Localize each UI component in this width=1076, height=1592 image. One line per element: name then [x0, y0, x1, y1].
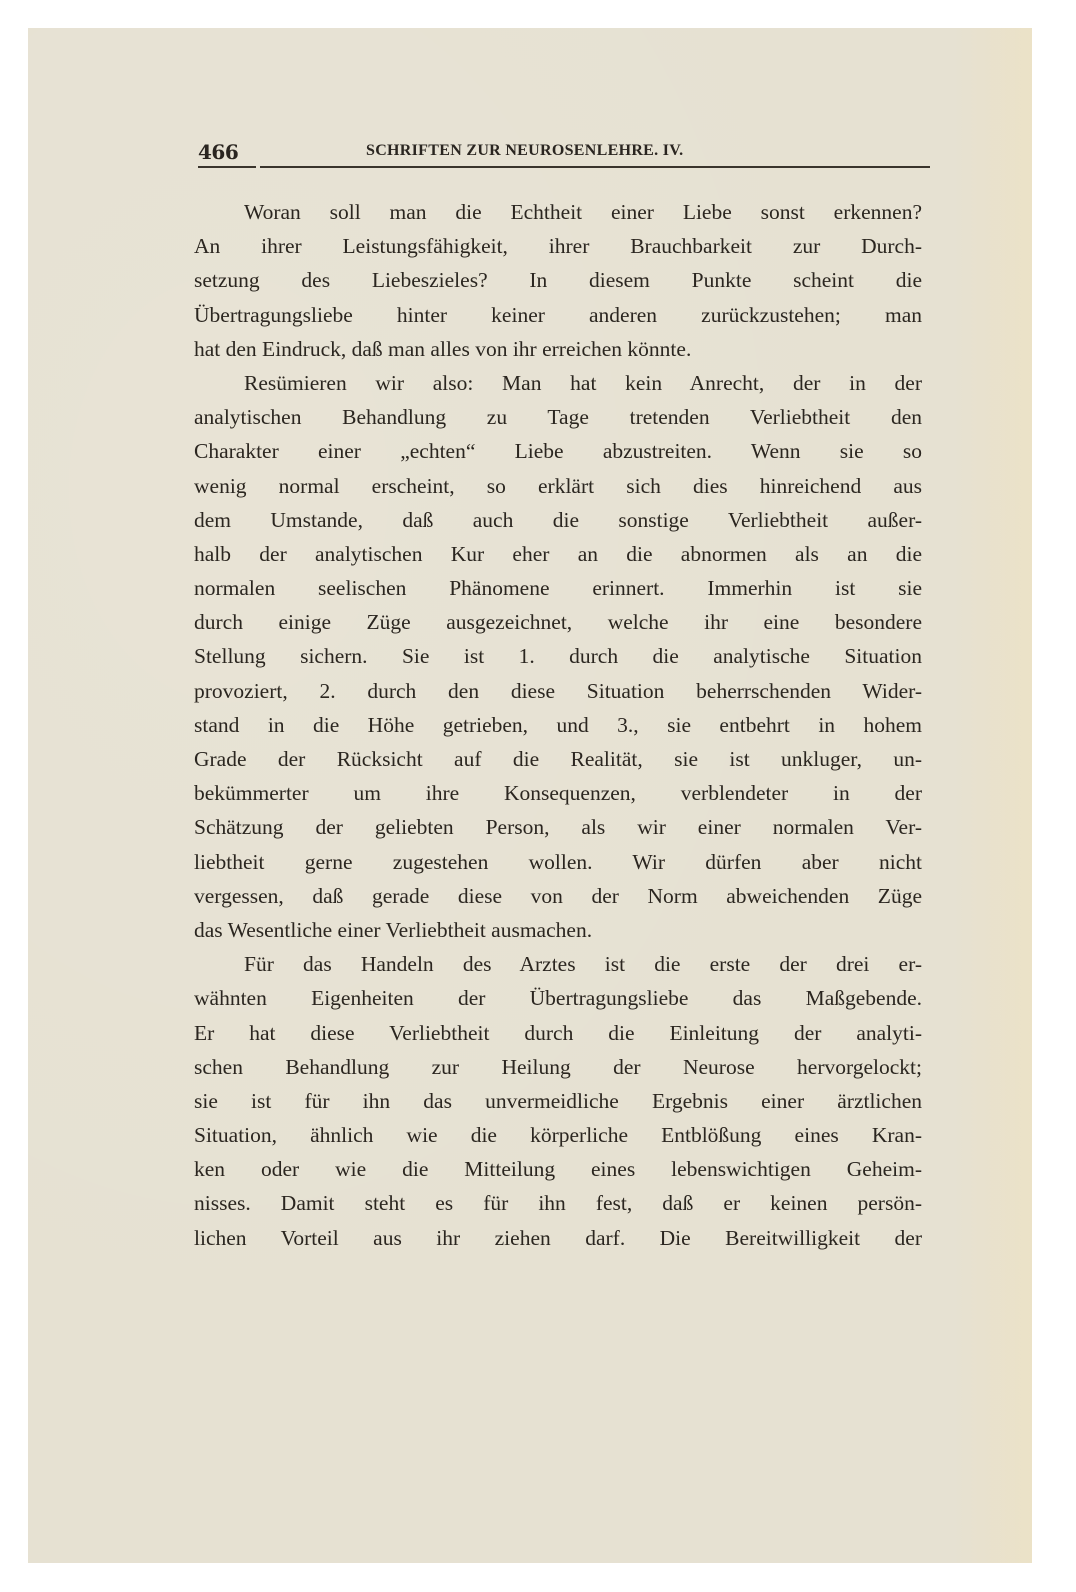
text-line: durch einige Züge ausgezeichnet, welche …: [194, 605, 922, 639]
header-rule-long: [260, 166, 930, 168]
text-line: Stellung sichern. Sie ist 1. durch die a…: [194, 639, 922, 673]
text-line: Grade der Rücksicht auf die Realität, si…: [194, 742, 922, 776]
text-line: Schätzung der geliebten Person, als wir …: [194, 810, 922, 844]
text-line: hat den Eindruck, daß man alles von ihr …: [194, 332, 922, 366]
text-line: schen Behandlung zur Heilung der Neurose…: [194, 1050, 922, 1084]
text-line: Für das Handeln des Arztes ist die erste…: [194, 947, 922, 981]
text-line: wenig normal erscheint, so erklärt sich …: [194, 469, 922, 503]
paragraph: Woran soll man die Echtheit einer Liebe …: [194, 195, 922, 366]
text-line: halb der analytischen Kur eher an die ab…: [194, 537, 922, 571]
paragraph: Für das Handeln des Arztes ist die erste…: [194, 947, 922, 1255]
text-line: lichen Vorteil aus ihr ziehen darf. Die …: [194, 1221, 922, 1255]
text-line: Woran soll man die Echtheit einer Liebe …: [194, 195, 922, 229]
text-line: dem Umstande, daß auch die sonstige Verl…: [194, 503, 922, 537]
text-line: analytischen Behandlung zu Tage tretende…: [194, 400, 922, 434]
text-line: vergessen, daß gerade diese von der Norm…: [194, 879, 922, 913]
text-line: bekümmerter um ihre Konsequenzen, verble…: [194, 776, 922, 810]
text-line: An ihrer Leistungsfähigkeit, ihrer Brauc…: [194, 229, 922, 263]
text-line: normalen seelischen Phänomene erinnert. …: [194, 571, 922, 605]
text-line: wähnten Eigenheiten der Übertragungslieb…: [194, 981, 922, 1015]
text-line: Übertragungsliebe hinter keiner anderen …: [194, 298, 922, 332]
text-line: Resümieren wir also: Man hat kein Anrech…: [194, 366, 922, 400]
text-line: ken oder wie die Mitteilung eines lebens…: [194, 1152, 922, 1186]
page-number: 466: [198, 140, 238, 164]
header-rule-short: [198, 166, 256, 168]
body-text: Woran soll man die Echtheit einer Liebe …: [194, 195, 922, 1255]
text-line: liebtheit gerne zugestehen wollen. Wir d…: [194, 845, 922, 879]
running-head: SCHRIFTEN ZUR NEUROSENLEHRE. IV.: [366, 142, 683, 160]
text-line: stand in die Höhe getrieben, und 3., sie…: [194, 708, 922, 742]
text-line: das Wesentliche einer Verliebtheit ausma…: [194, 913, 922, 947]
book-page: 466 SCHRIFTEN ZUR NEUROSENLEHRE. IV. Wor…: [28, 28, 1032, 1563]
text-line: setzung des Liebeszieles? In diesem Punk…: [194, 263, 922, 297]
text-line: Situation, ähnlich wie die körperliche E…: [194, 1118, 922, 1152]
text-line: Charakter einer „echten“ Liebe abzustrei…: [194, 434, 922, 468]
paragraph: Resümieren wir also: Man hat kein Anrech…: [194, 366, 922, 947]
text-line: nisses. Damit steht es für ihn fest, daß…: [194, 1186, 922, 1220]
text-line: sie ist für ihn das unvermeidliche Ergeb…: [194, 1084, 922, 1118]
text-line: Er hat diese Verliebtheit durch die Einl…: [194, 1016, 922, 1050]
text-line: provoziert, 2. durch den diese Situation…: [194, 674, 922, 708]
